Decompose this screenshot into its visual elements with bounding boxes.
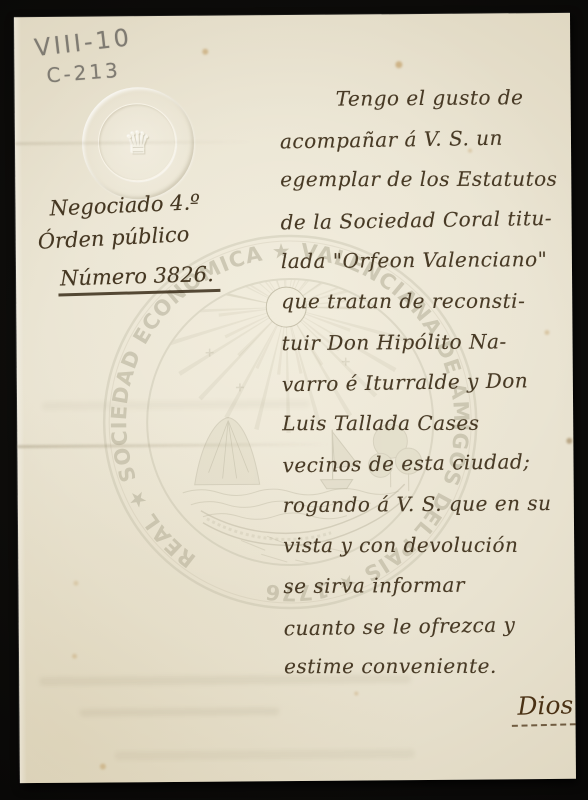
letter-line: Luis Tallada Cases [282, 402, 574, 443]
closing-word: Dios [511, 690, 576, 727]
letter-closing: Dios [489, 691, 575, 727]
pencil-archive-code-1: VIII-10 [33, 23, 133, 62]
letter-line: egemplar de los Estatutos [280, 159, 572, 200]
ink-bleedthrough [79, 707, 279, 717]
letter-line: lada "Orfeon Valenciano" [281, 239, 573, 282]
foxing-spot [100, 763, 106, 769]
registry-section: Órden público [37, 219, 258, 254]
letter-line: vecinos de esta ciudad; [282, 441, 575, 486]
letter-line: rogando á V. S. que en su [283, 483, 575, 526]
foxing-spot [354, 692, 358, 696]
letter-line: que tratan de reconsti- [281, 281, 573, 322]
letter-line: se sirva informar [283, 564, 575, 607]
scan-background: { "archival_marks": { "line1": "VIII-10"… [0, 0, 588, 800]
foxing-spot [395, 61, 402, 68]
letter-paper: REAL ★ SOCIEDAD ECONOMICA ★ VALENCIANA D… [14, 13, 576, 783]
foxing-spot [202, 49, 208, 55]
haystack-shape [194, 417, 260, 485]
letter-line: vista y con devolución [283, 524, 575, 565]
letter-body: Tengo el gusto de acompañar á V. S. un e… [279, 77, 576, 688]
foxing-spot [73, 581, 78, 586]
registry-block: Negociado 4.º Órden público Número 3826. [37, 191, 258, 295]
letter-line: Tengo el gusto de [279, 77, 571, 120]
pencil-archive-code-2: C-213 [46, 58, 122, 88]
letter-line: tuir Don Hipólito Na- [281, 320, 573, 363]
ink-bleedthrough [115, 749, 415, 760]
registry-department: Negociado 4.º [49, 188, 258, 221]
letter-line: estime conveniente. [284, 646, 576, 687]
letter-line: de la Sociedad Coral titu- [280, 197, 573, 242]
letter-line: acompañar á V. S. un [280, 116, 573, 161]
registry-number: Número 3826. [58, 262, 221, 297]
letter-line: cuanto se le ofrezca y [283, 603, 576, 648]
letter-line: varro é Iturralde y Don [282, 360, 575, 405]
foxing-spot [72, 654, 77, 659]
